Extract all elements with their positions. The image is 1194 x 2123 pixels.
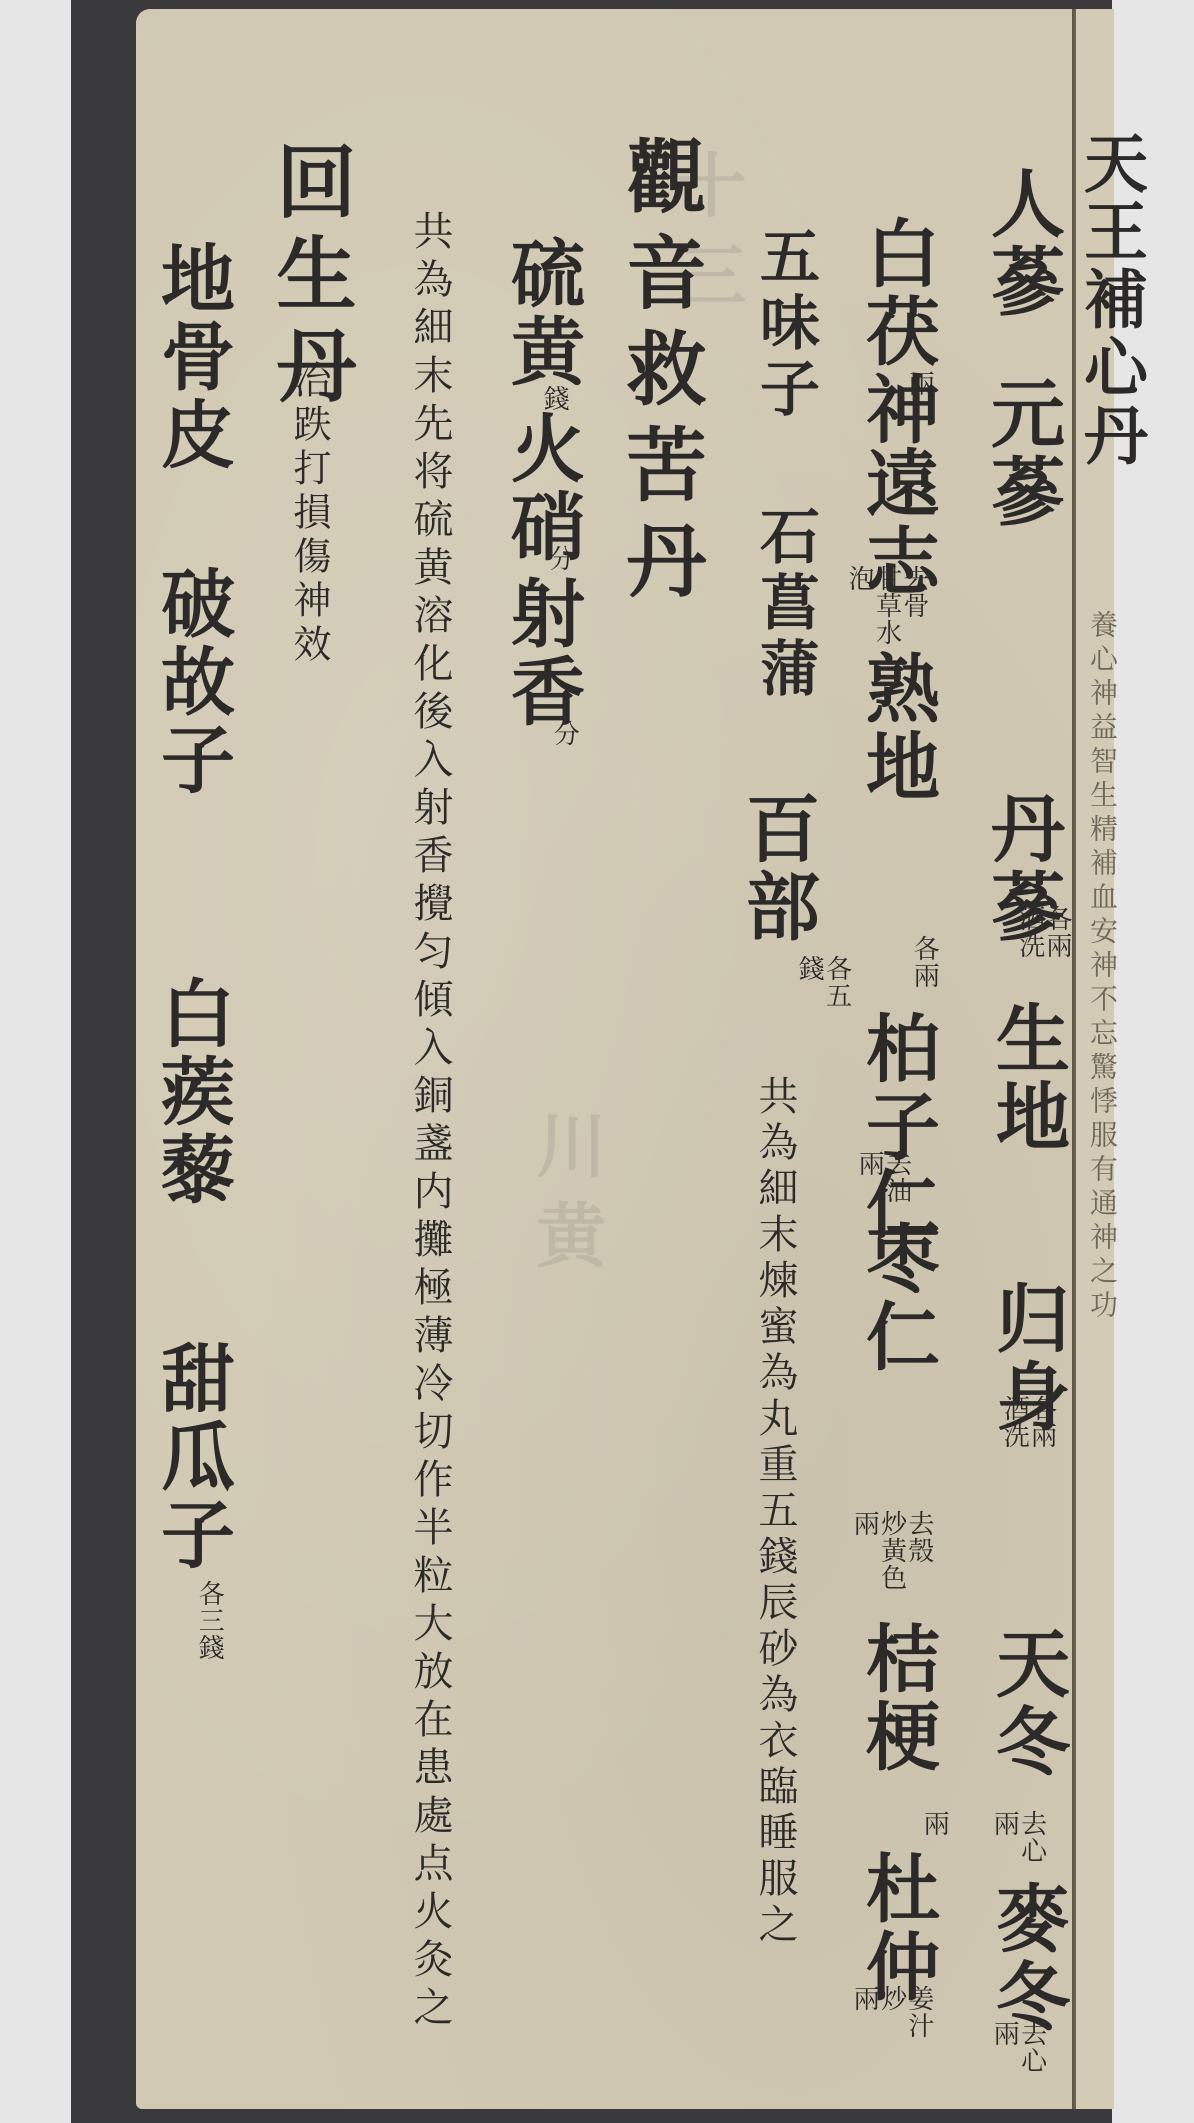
herb-note: 分 (550, 720, 577, 747)
herb-note: 姜汁炒 兩 (850, 1985, 932, 2065)
next-page-title: 天王補心丹 (1078, 130, 1142, 470)
herb-note: 各三錢 (195, 1580, 222, 1690)
herb-note: 錢 (540, 385, 567, 412)
herb-note: 兩 (905, 370, 932, 397)
preparation-instruction: 共為細末煉蜜為丸重五錢辰砂為衣臨睡服之 (755, 1075, 795, 1949)
herb-note: 各兩 (910, 935, 937, 989)
herb-shudi: 熟地 (860, 650, 934, 806)
herb-baibu: 百部 (740, 790, 814, 946)
herb-note: 各兩 酒洗 (1000, 905, 1070, 985)
formula-indication: 治跌打損傷神效 (290, 360, 328, 668)
herb-note: 去骨 甘草水泡 (845, 565, 927, 655)
herb-huoxiao: 火硝 (505, 410, 579, 566)
herb-liuhuang: 硫黄 (505, 235, 579, 391)
herb-shengdi: 生地 (990, 1000, 1064, 1156)
herb-tiandong: 天冬 (990, 1625, 1064, 1781)
herb-wuweizi: 五味子 (755, 225, 815, 423)
herb-note: 各兩 酒洗 (1000, 1395, 1055, 1475)
herb-yuanshen: 元蔘 (985, 375, 1059, 531)
formula-title-guanyin-jiuku-dan: 觀音救苦丹 (620, 135, 700, 615)
herb-tianguazi: 甜瓜子 (155, 1340, 229, 1574)
herb-note: 去油 兩 (855, 1150, 910, 1230)
herb-renshen: 人蔘 (985, 165, 1059, 321)
herb-duzhong: 杜仲 (860, 1850, 934, 2006)
bleed-through-text: 川黄 (516, 1109, 617, 1289)
herb-maidong: 麥冬 (990, 1880, 1064, 2036)
herb-note: 兩 (920, 1810, 947, 1837)
herb-note: 分 (545, 545, 572, 572)
herb-poguzi: 破故子 (155, 565, 229, 799)
herb-digupi: 地骨皮 (155, 240, 229, 474)
herb-note: 去心 兩 (990, 1810, 1045, 1890)
preparation-instruction: 共為細末先将硫黄溶化後入射香攪匀傾入銅盞内攤極薄冷切作半粒大放在患處点火灸之 (410, 210, 450, 2034)
herb-shichangpu: 石菖蒲 (755, 505, 815, 703)
herb-zaoren: 枣仁 (860, 1220, 934, 1376)
herb-jiegeng: 桔梗 (860, 1620, 934, 1776)
herb-note: 去殼 炒黃色 兩 (850, 1510, 932, 1620)
herb-note: 去心 兩 (990, 2020, 1045, 2100)
herb-note: 各五錢 (795, 955, 850, 1035)
next-page-note: 養心神益智生精補血安神不忘驚悸服有通神之功 (1088, 610, 1116, 1324)
herb-baijili: 白蒺藜 (155, 975, 229, 1209)
herb-shexiang: 射香 (505, 575, 579, 731)
herb-baifushen: 白茯神 (860, 215, 934, 449)
